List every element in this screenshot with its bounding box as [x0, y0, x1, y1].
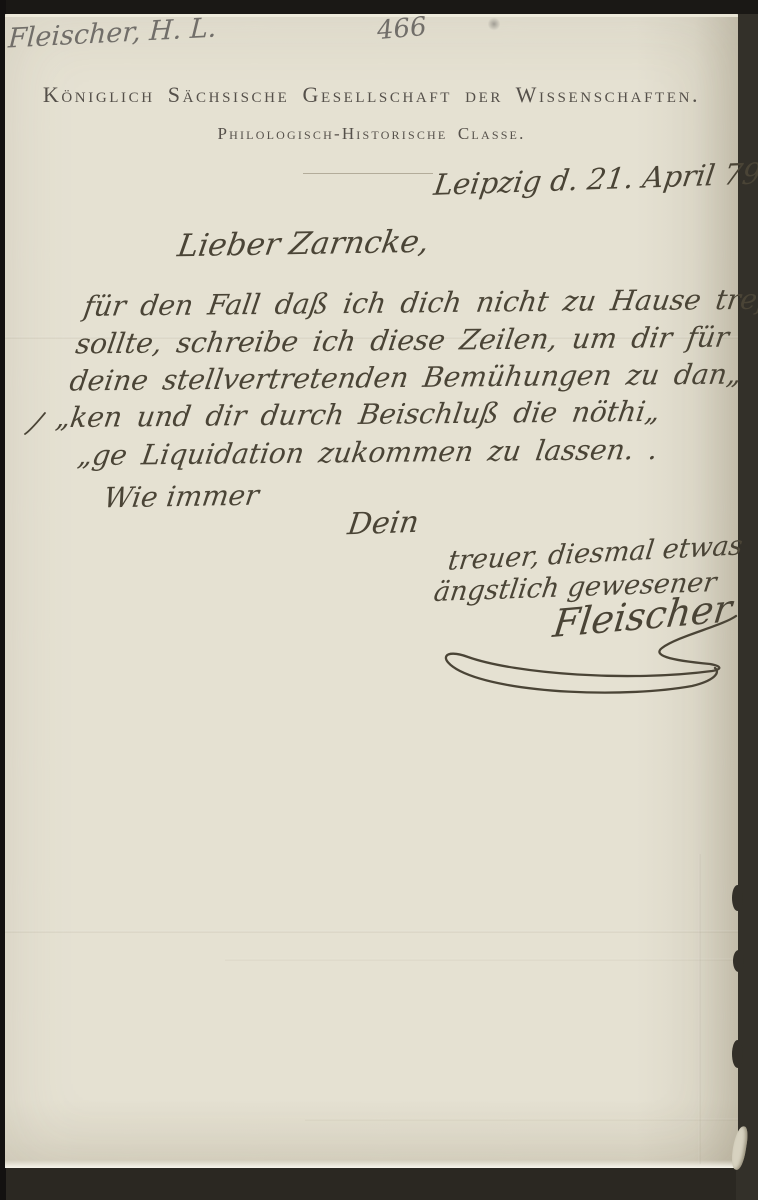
signature-flourish — [424, 610, 746, 705]
page-number-annotation: 466 — [376, 12, 428, 46]
pencil-smudge — [488, 17, 500, 31]
body-line: sollte, schreibe ich diese Zeilen, um di… — [74, 321, 732, 361]
paper-bottom-edge — [5, 1160, 738, 1168]
scan-background-top — [0, 0, 758, 14]
fold-crease — [5, 930, 738, 933]
fold-crease — [225, 958, 738, 961]
torn-edge-notch — [732, 1040, 743, 1068]
letter-page: Fleischer, H. L. 466 Königlich Sächsisch… — [5, 14, 738, 1168]
body-line: „ge Liquidation zukommen zu lassen. . — [76, 433, 660, 472]
dateline: Leipzig d. 21. April 79. — [432, 156, 758, 202]
closing-dein: Dein — [346, 505, 422, 543]
letterhead-society-name: Königlich Sächsische Gesellschaft der Wi… — [5, 82, 738, 108]
archivist-name-annotation: Fleischer, H. L. — [7, 12, 217, 54]
paper-top-edge — [5, 14, 738, 17]
salutation: Lieber Zarncke, — [175, 224, 432, 264]
scanned-letter-screenshot: { "annotations": { "archivist_name": "Fl… — [0, 0, 758, 1200]
body-line: für den Fall daß ich dich nicht zu Hause… — [82, 282, 758, 323]
fold-crease — [698, 854, 701, 1164]
body-line: deine stellvertretenden Bemühungen zu da… — [68, 357, 744, 397]
letterhead-class-name: Philologisch-Historische Classe. — [5, 124, 738, 144]
letterhead-divider-rule — [303, 173, 433, 174]
scan-background-bottom — [0, 1167, 758, 1200]
torn-edge-notch — [732, 885, 743, 911]
body-line: „ken und dir durch Beischluß die nöthi„ — [54, 395, 663, 434]
fold-crease — [305, 1118, 738, 1121]
closing-phrase: Wie immer — [102, 479, 261, 515]
torn-edge-notch — [733, 950, 744, 972]
margin-tick-mark — [22, 410, 50, 438]
